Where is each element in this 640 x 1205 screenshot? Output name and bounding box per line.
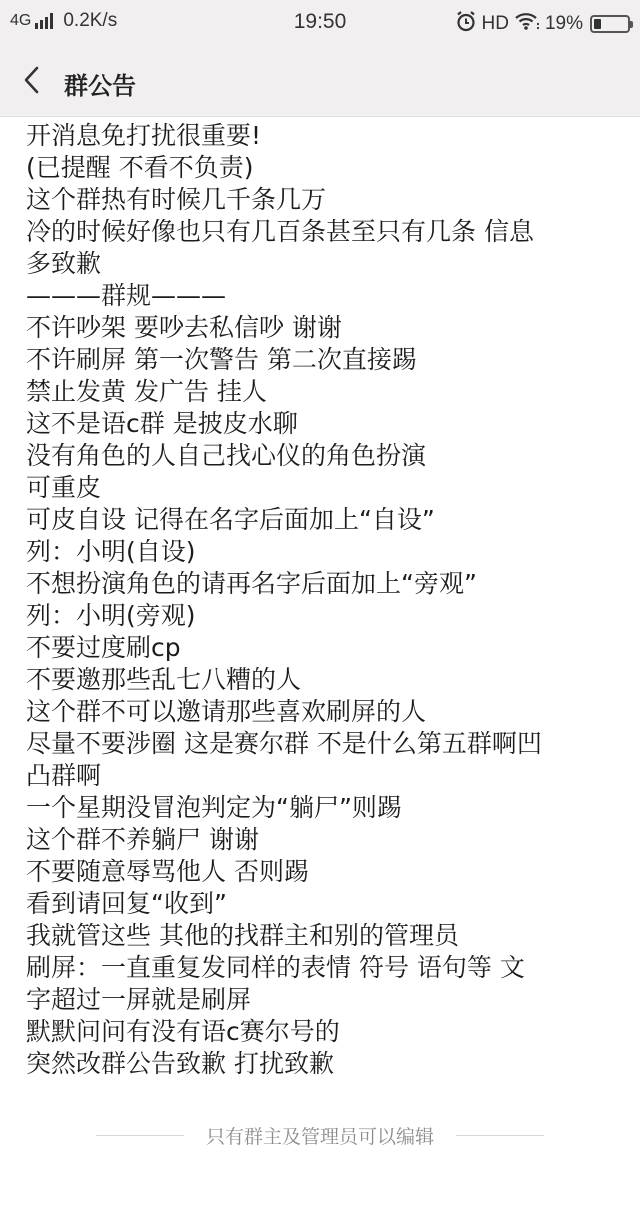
alarm-icon — [455, 10, 477, 38]
announcement-line: 这个群热有时候几千条几万 — [26, 184, 626, 216]
announcement-line: 这个群不养躺尸 谢谢 — [26, 824, 626, 856]
announcement-line: 不许刷屏 第一次警告 第二次直接踢 — [26, 344, 626, 376]
announcement-line: 列：小明(自设) — [26, 536, 626, 568]
announcement-line: 一个星期没冒泡判定为“躺尸”则踢 — [26, 792, 626, 824]
announcement-line: 多致歉 — [26, 248, 626, 280]
battery-icon — [590, 15, 630, 33]
nav-bar: 群公告 — [0, 46, 640, 117]
announcement-line: 字超过一屏就是刷屏 — [26, 984, 626, 1016]
announcement-line: 看到请回复“收到” — [26, 888, 626, 920]
announcement-line: 不想扮演角色的请再名字后面加上“旁观” — [26, 568, 626, 600]
announcement-line: 没有角色的人自己找心仪的角色扮演 — [26, 440, 626, 472]
page-title: 群公告 — [64, 66, 136, 101]
announcement-line: 禁止发黄 发广告 挂人 — [26, 376, 626, 408]
announcement-line: 开消息免打扰很重要! — [26, 120, 626, 152]
announcement-line: 这不是语c群 是披皮水聊 — [26, 408, 626, 440]
battery-percent: 19% — [545, 13, 583, 35]
announcement-line: 我就管这些 其他的找群主和别的管理员 — [26, 920, 626, 952]
announcement-line: 可重皮 — [26, 472, 626, 504]
announcement-line: ———群规——— — [26, 280, 626, 312]
announcement-line: 可皮自设 记得在名字后面加上“自设” — [26, 504, 626, 536]
announcement-line: 冷的时候好像也只有几百条甚至只有几条 信息 — [26, 216, 626, 248]
chevron-left-icon — [21, 65, 43, 95]
announcement-line: 列：小明(旁观) — [26, 600, 626, 632]
status-right: HD 19% — [455, 10, 630, 38]
wifi-icon — [514, 11, 540, 37]
announcement-line: 默默问问有没有语c赛尔号的 — [26, 1016, 626, 1048]
back-button[interactable] — [14, 62, 50, 98]
divider-left — [96, 1135, 184, 1136]
announcement-line: 不要随意辱骂他人 否则踢 — [26, 856, 626, 888]
divider-right — [456, 1135, 544, 1136]
announcement-line: 不许吵架 要吵去私信吵 谢谢 — [26, 312, 626, 344]
announcement-line: 不要过度刷cp — [26, 632, 626, 664]
announcement-line: 突然改群公告致歉 打扰致歉 — [26, 1048, 626, 1080]
announcement-line: 凸群啊 — [26, 760, 626, 792]
hd-indicator: HD — [482, 13, 509, 35]
edit-permission-note: 只有群主及管理员可以编辑 — [0, 1119, 640, 1151]
announcement-line: 这个群不可以邀请那些喜欢刷屏的人 — [26, 696, 626, 728]
announcement-body: 开消息免打扰很重要!(已提醒 不看不负责)这个群热有时候几千条几万冷的时候好像也… — [26, 120, 626, 1080]
announcement-line: 不要邀那些乱七八糟的人 — [26, 664, 626, 696]
status-bar: 4G 0.2K/s 19:50 HD 19% — [0, 0, 640, 46]
edit-permission-text: 只有群主及管理员可以编辑 — [206, 1122, 434, 1149]
announcement-line: 尽量不要涉圈 这是赛尔群 不是什么第五群啊凹 — [26, 728, 626, 760]
announcement-line: (已提醒 不看不负责) — [26, 152, 626, 184]
announcement-line: 刷屏：一直重复发同样的表情 符号 语句等 文 — [26, 952, 626, 984]
